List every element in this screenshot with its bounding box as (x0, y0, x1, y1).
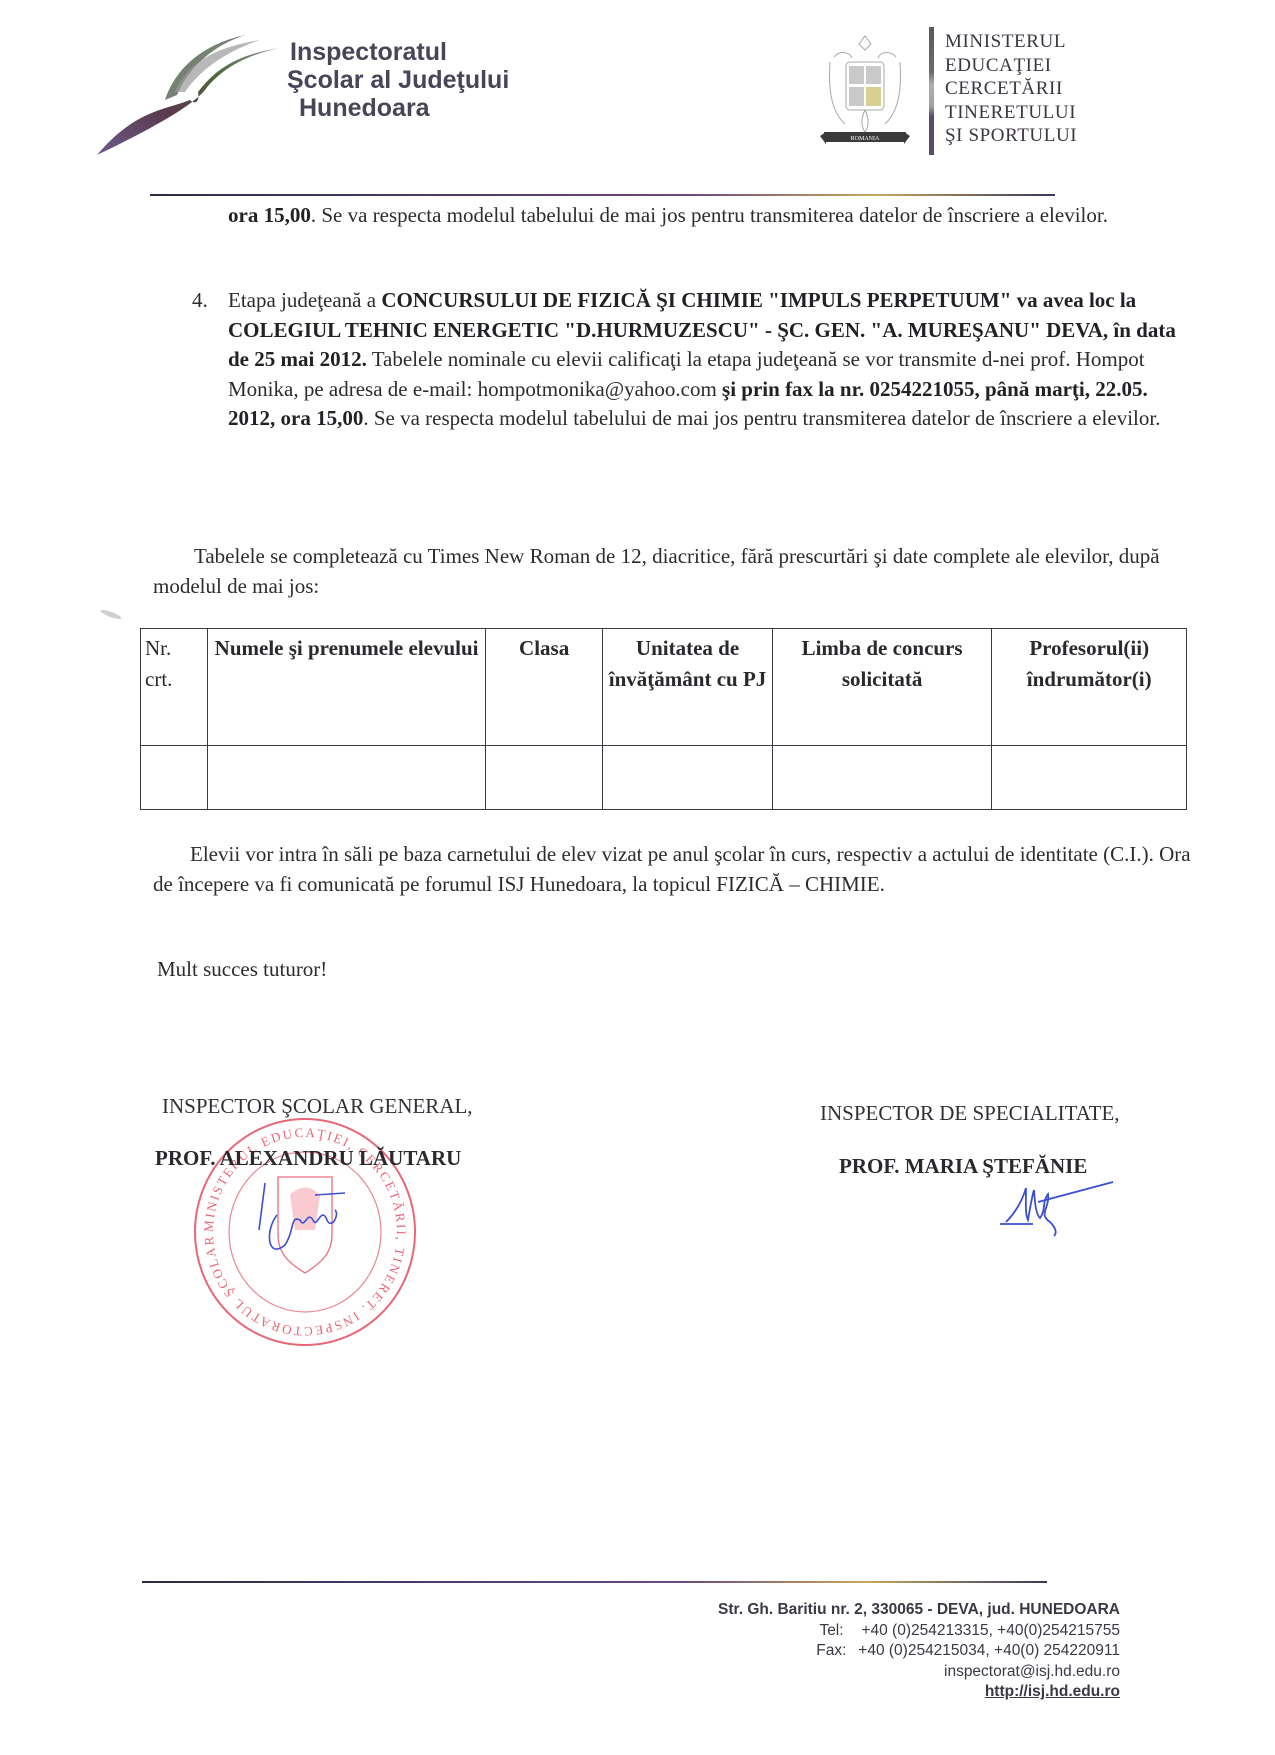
scan-artifact (100, 608, 122, 620)
ministry-line: TINERETULUI (945, 101, 1077, 125)
institution-line-1: Inspectoratul (287, 38, 509, 66)
ministry-name: MINISTERUL EDUCAŢIEI CERCETĂRII TINERETU… (945, 30, 1077, 148)
table-row (141, 746, 1187, 810)
footer-divider (142, 1581, 1047, 1583)
fax-line: Fax:+40 (0)254215034, +40(0) 254220911 (718, 1641, 1120, 1662)
fax-numbers: +40 (0)254215034, +40(0) 254220911 (858, 1642, 1120, 1659)
ministry-line: MINISTERUL (945, 30, 1077, 54)
signatory-name-left: PROF. ALEXANDRU LĂUTARU (155, 1146, 461, 1171)
handwritten-signature-icon (998, 1180, 1118, 1240)
column-header-teacher: Profesorul(ii) îndrumător(i) (992, 629, 1187, 746)
signatory-title-right: INSPECTOR DE SPECIALITATE, (820, 1101, 1120, 1126)
continuation-paragraph: ora 15,00. Se va respecta modelul tabelu… (228, 201, 1198, 231)
fax-label: Fax: (816, 1641, 858, 1662)
email: inspectorat@isj.hd.edu.ro (718, 1662, 1120, 1683)
table-cell (603, 746, 772, 810)
column-header-nr: Nr. crt. (141, 629, 208, 746)
handwritten-signature-icon (255, 1175, 355, 1265)
ministry-line: CERCETĂRII (945, 77, 1077, 101)
ministry-line: EDUCAŢIEI (945, 54, 1077, 78)
list-item-number: 4. (192, 286, 208, 316)
list-item-4: Etapa judeţeană a CONCURSULUI DE FIZICĂ … (228, 286, 1198, 434)
continuation-text: . Se va respecta modelul tabelului de ma… (311, 203, 1108, 227)
institution-line-3: Hunedoara (287, 94, 509, 122)
table-instructions: Tabelele se completează cu Times New Rom… (153, 542, 1193, 601)
feather-wing-icon (95, 30, 295, 160)
table-cell (772, 746, 992, 810)
address: Str. Gh. Baritiu nr. 2, 330065 - DEVA, j… (718, 1600, 1120, 1621)
signatory-name-right: PROF. MARIA ŞTEFĂNIE (839, 1154, 1087, 1179)
table-header-row: Nr. crt. Numele şi prenumele elevului Cl… (141, 629, 1187, 746)
phone-numbers: +40 (0)254213315, +40(0)254215755 (861, 1622, 1120, 1639)
column-header-class: Clasa (485, 629, 602, 746)
signatory-title-left: INSPECTOR ŞCOLAR GENERAL, (162, 1094, 473, 1119)
item4-segment: Etapa judeţeană a (228, 288, 381, 312)
column-header-school: Unitatea de învăţământ cu PJ (603, 629, 772, 746)
institution-line-2: Şcolar al Judeţului (287, 66, 509, 94)
ministry-divider-bar (929, 27, 934, 155)
table-cell (992, 746, 1187, 810)
column-header-language: Limba de concurs solicitată (772, 629, 992, 746)
header-divider (150, 194, 1055, 196)
svg-text:ROMANIA: ROMANIA (851, 136, 880, 142)
closing-line: Mult succes tuturor! (157, 955, 327, 985)
table-cell (485, 746, 602, 810)
deadline-time: ora 15,00 (228, 203, 311, 227)
isj-logo: Inspectoratul Şcolar al Judeţului Hunedo… (95, 30, 515, 160)
ministry-line: ŞI SPORTULUI (945, 124, 1077, 148)
romania-coat-of-arms-icon: ROMANIA (820, 32, 910, 150)
registration-table-template: Nr. crt. Numele şi prenumele elevului Cl… (140, 628, 1187, 810)
phone-label: Tel: (819, 1621, 861, 1642)
institution-name: Inspectoratul Şcolar al Judeţului Hunedo… (287, 38, 509, 122)
table-cell (208, 746, 486, 810)
contact-footer: Str. Gh. Baritiu nr. 2, 330065 - DEVA, j… (718, 1600, 1120, 1703)
website-link[interactable]: http://isj.hd.edu.ro (985, 1683, 1120, 1700)
column-header-name: Numele şi prenumele elevului (208, 629, 486, 746)
item4-segment: . Se va respecta modelul tabelului de ma… (363, 406, 1160, 430)
table-cell (141, 746, 208, 810)
phone-line: Tel:+40 (0)254213315, +40(0)254215755 (718, 1621, 1120, 1642)
entry-note: Elevii vor intra în săli pe baza carnetu… (153, 840, 1193, 899)
